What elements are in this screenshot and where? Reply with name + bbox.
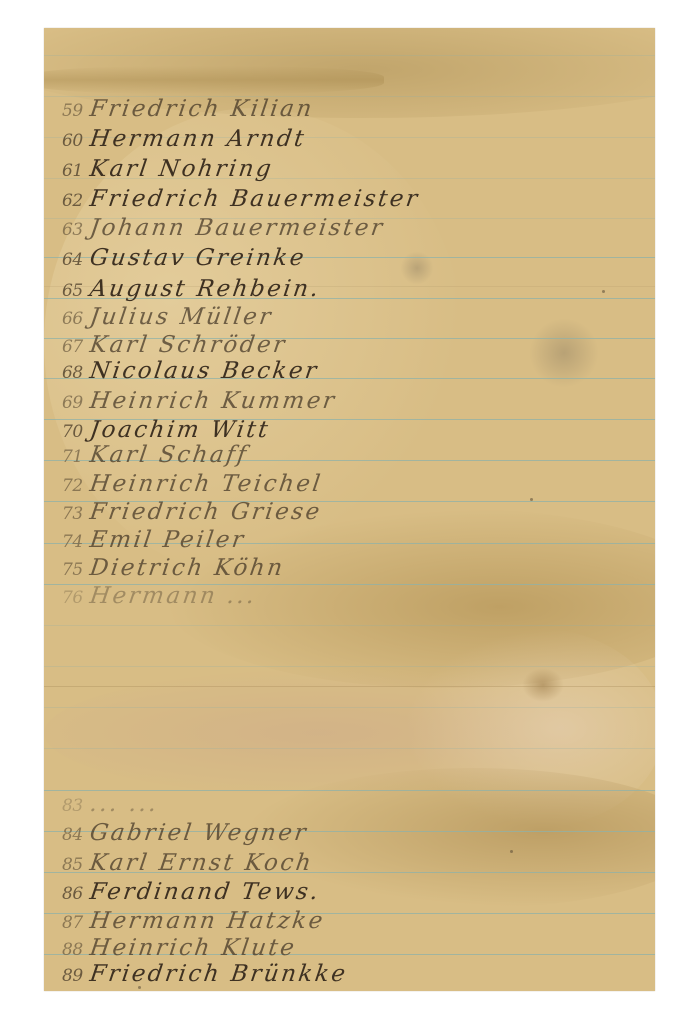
entry-number: 85 xyxy=(62,855,90,875)
entry-number: 63 xyxy=(62,220,90,240)
list-entry: 72 Heinrich Teichel xyxy=(62,471,322,501)
ruled-line xyxy=(44,55,655,56)
entry-number: 59 xyxy=(62,101,90,121)
entry-name: Hermann Arndt xyxy=(88,126,308,152)
entry-name: Joachim Witt xyxy=(88,417,272,443)
ruled-line xyxy=(44,707,655,708)
entry-name: Karl Schaff xyxy=(88,442,250,468)
entry-number: 70 xyxy=(62,422,90,442)
pink-discoloration xyxy=(44,668,655,798)
entry-name: Hermann Hatzke xyxy=(88,908,326,934)
entry-number: 76 xyxy=(62,588,90,608)
entry-name: Emil Peiler xyxy=(88,527,247,553)
entry-number: 87 xyxy=(62,913,90,933)
entry-name: Gabriel Wegner xyxy=(88,820,310,846)
entry-name: Friedrich Kilian xyxy=(88,96,315,122)
list-entry: 73 Friedrich Griese xyxy=(62,499,322,529)
list-entry: 76 Hermann ... xyxy=(62,583,257,613)
entry-number: 64 xyxy=(62,250,90,270)
entry-number: 86 xyxy=(62,884,90,904)
entry-number: 75 xyxy=(62,560,90,580)
water-stain-band-top xyxy=(44,66,384,94)
entry-number: 88 xyxy=(62,940,90,960)
list-entry: 85 Karl Ernst Koch xyxy=(62,850,313,880)
list-entry: 83 ... ... xyxy=(62,791,159,821)
list-entry: 59 Friedrich Kilian xyxy=(62,96,314,126)
list-entry: 65 August Rehbein. xyxy=(62,276,320,306)
entry-number: 66 xyxy=(62,309,90,329)
entry-name: ... ... xyxy=(88,791,160,817)
entry-name: Karl Ernst Koch xyxy=(88,850,315,876)
list-entry: 66 Julius Müller xyxy=(62,304,273,334)
entry-name: August Rehbein. xyxy=(88,276,322,302)
entry-name: Nicolaus Becker xyxy=(88,358,320,384)
entry-name: Julius Müller xyxy=(88,304,275,330)
entry-number: 89 xyxy=(62,966,90,986)
list-entry: 84 Gabriel Wegner xyxy=(62,820,308,850)
ink-speck xyxy=(530,498,533,501)
list-entry: 61 Karl Nohring xyxy=(62,156,273,186)
entry-name: Friedrich Brünkke xyxy=(88,961,349,987)
ink-speck xyxy=(602,290,605,293)
entry-number: 83 xyxy=(62,796,90,816)
entry-name: Karl Schröder xyxy=(88,332,288,358)
entry-number: 72 xyxy=(62,476,90,496)
entry-name: Heinrich Kummer xyxy=(88,388,338,414)
list-entry: 87 Hermann Hatzke xyxy=(62,908,325,938)
list-entry: 64 Gustav Greinke xyxy=(62,245,306,275)
list-entry: 86 Ferdinand Tews. xyxy=(62,879,320,909)
document-page: 59 Friedrich Kilian 60 Hermann Arndt 61 … xyxy=(44,28,655,991)
entry-name: Johann Bauermeister xyxy=(88,215,386,241)
ruled-line xyxy=(44,748,655,749)
entry-name: Heinrich Klute xyxy=(88,935,298,961)
entry-name: Gustav Greinke xyxy=(88,245,308,271)
fold-line xyxy=(44,686,655,687)
entry-name: Friedrich Griese xyxy=(88,499,323,525)
light-patch-right xyxy=(404,628,655,828)
list-entry: 68 Nicolaus Becker xyxy=(62,358,319,388)
ruled-line xyxy=(44,625,655,626)
entry-number: 61 xyxy=(62,161,90,181)
ruled-line xyxy=(44,666,655,667)
entry-number: 68 xyxy=(62,363,90,383)
entry-name: Dietrich Köhn xyxy=(88,555,286,581)
entry-number: 74 xyxy=(62,532,90,552)
list-entry: 62 Friedrich Bauermeister xyxy=(62,186,419,216)
list-entry: 71 Karl Schaff xyxy=(62,442,248,472)
entry-number: 65 xyxy=(62,281,90,301)
ink-speck xyxy=(510,850,513,853)
entry-number: 62 xyxy=(62,191,90,211)
entry-name: Ferdinand Tews. xyxy=(88,879,322,905)
entry-name: Friedrich Bauermeister xyxy=(88,186,421,212)
entry-number: 71 xyxy=(62,447,90,467)
entry-number: 67 xyxy=(62,337,90,357)
list-entry: 89 Friedrich Brünkke xyxy=(62,961,348,991)
entry-number: 69 xyxy=(62,393,90,413)
list-entry: 63 Johann Bauermeister xyxy=(62,215,385,245)
entry-number: 60 xyxy=(62,131,90,151)
list-entry: 74 Emil Peiler xyxy=(62,527,246,557)
list-entry: 69 Heinrich Kummer xyxy=(62,388,336,418)
entry-number: 73 xyxy=(62,504,90,524)
crease-mark xyxy=(522,668,564,702)
entry-name: Heinrich Teichel xyxy=(88,471,324,497)
list-entry: 75 Dietrich Köhn xyxy=(62,555,285,585)
entry-name: Hermann ... xyxy=(88,583,258,609)
mold-spots-small xyxy=(399,250,435,286)
entry-name: Karl Nohring xyxy=(88,156,275,182)
entry-number: 84 xyxy=(62,825,90,845)
list-entry: 60 Hermann Arndt xyxy=(62,126,306,156)
